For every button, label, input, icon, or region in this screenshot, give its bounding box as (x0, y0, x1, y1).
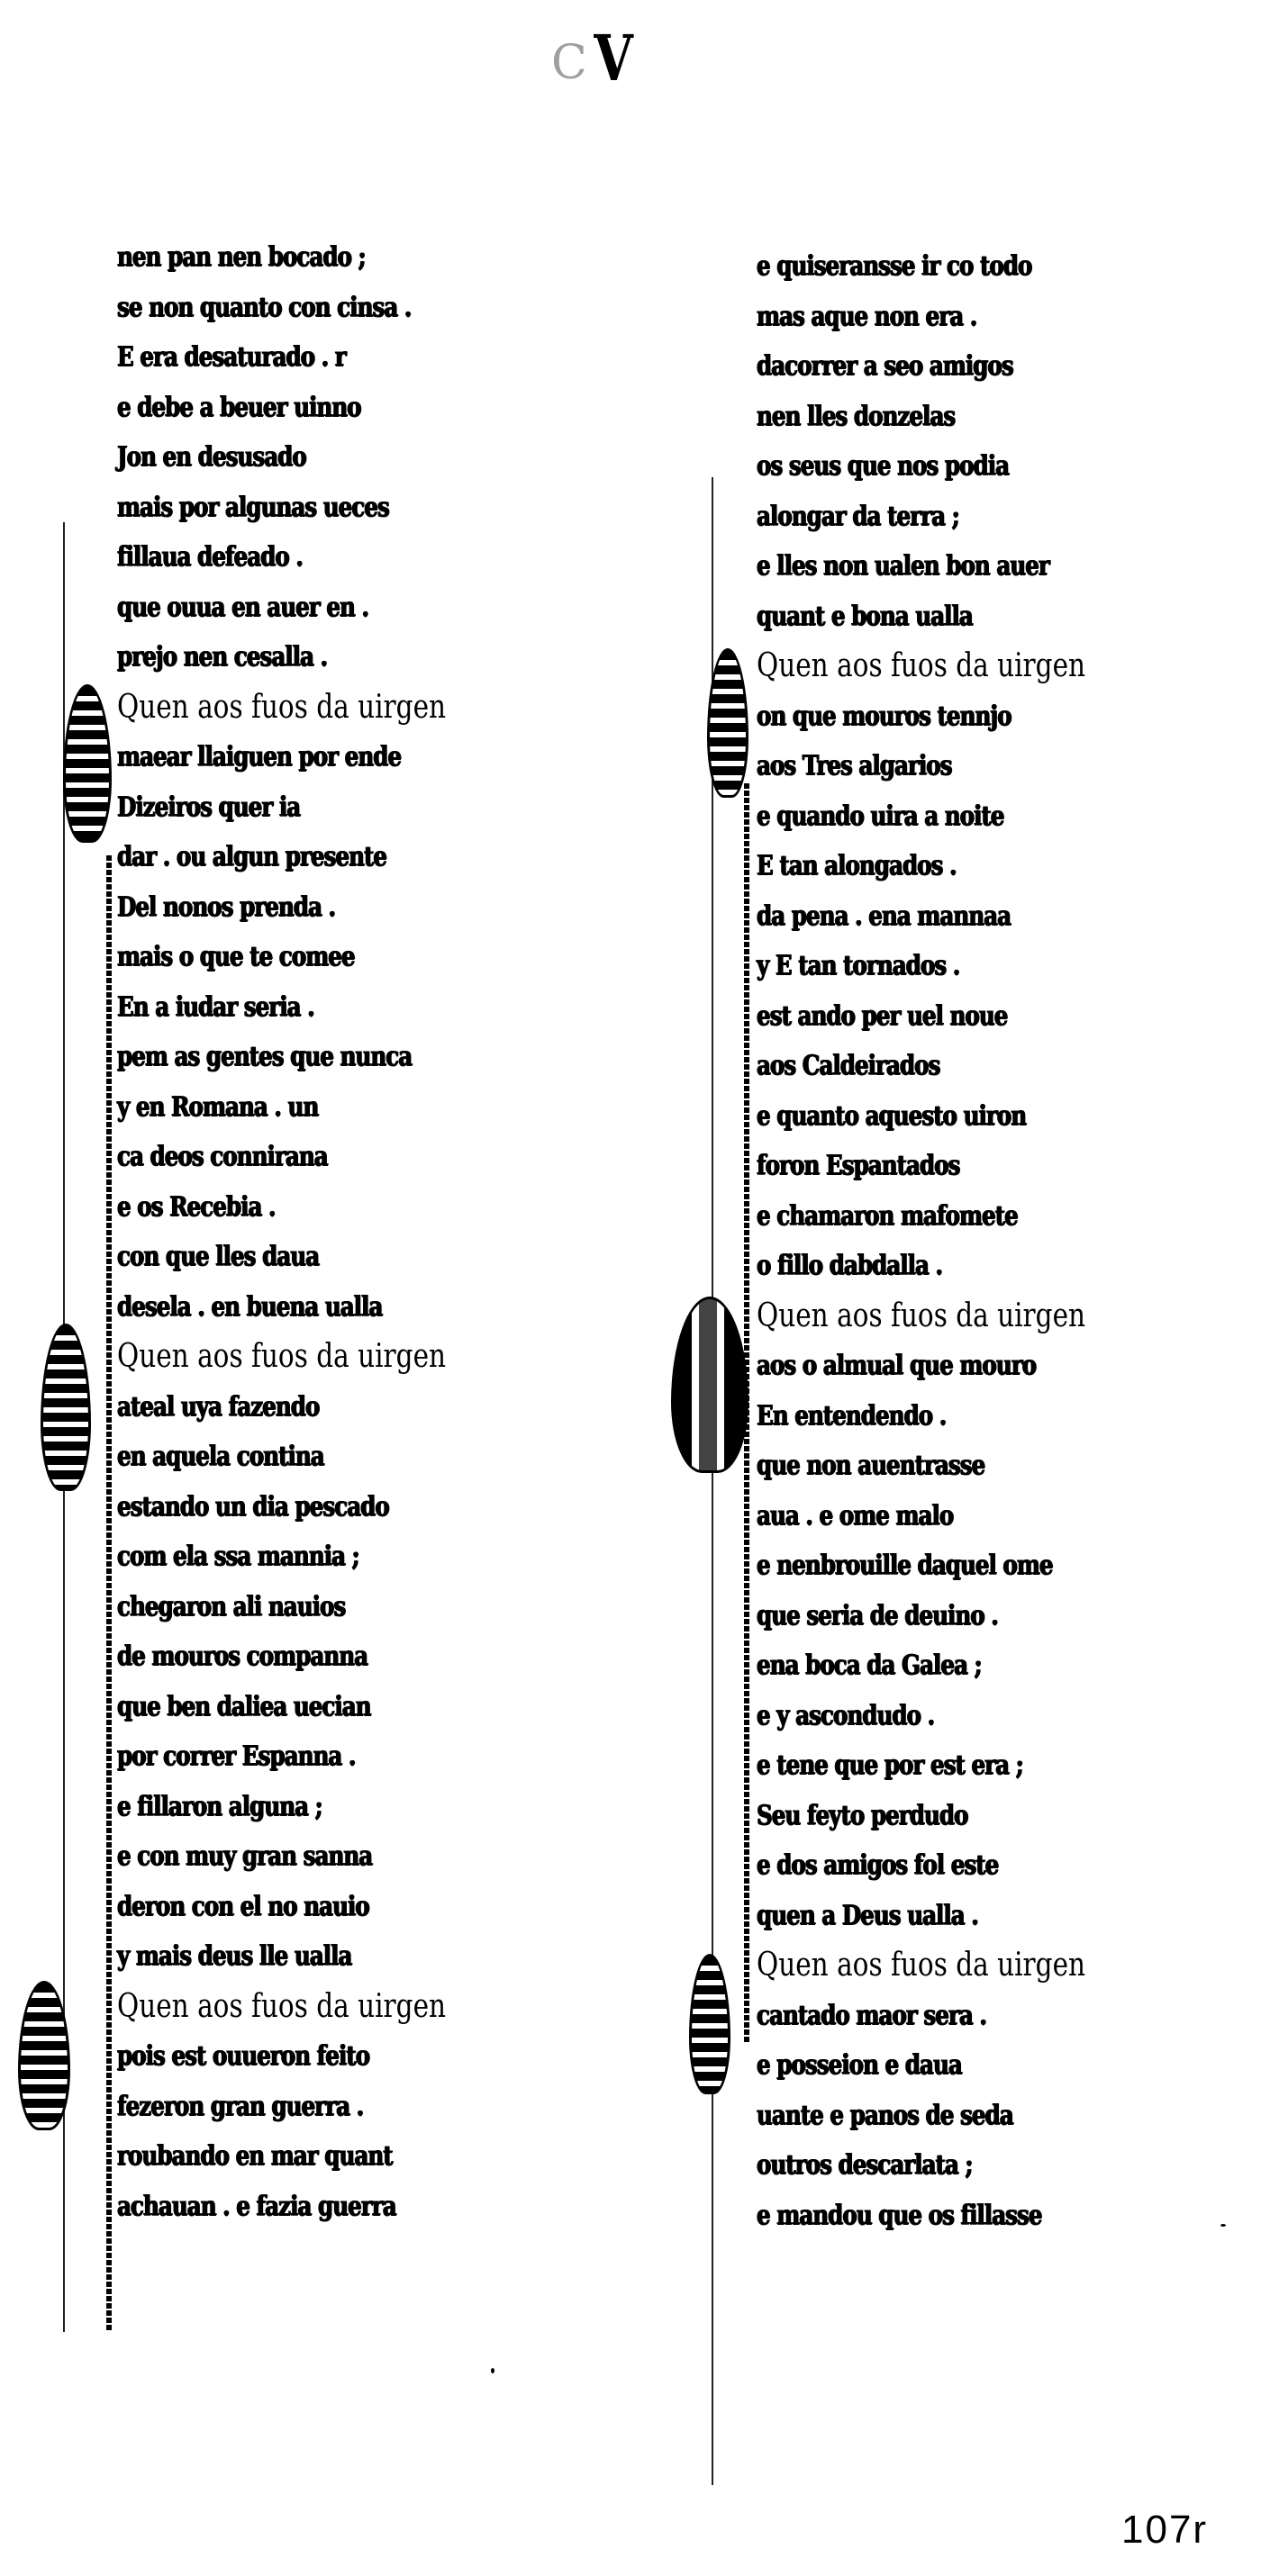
ink-speck (1220, 2224, 1226, 2227)
verse-line: e posseion e daua (757, 2040, 1082, 2091)
verse-line: e y ascondudo . (757, 1691, 1082, 1741)
folio-number: 107r (1121, 2508, 1208, 2553)
header-faded-text: C (551, 36, 585, 90)
verse-line: y mais deus lle ualla (117, 1931, 427, 1982)
verse-line: chegaron ali nauios (117, 1582, 427, 1632)
decorated-initial-q-4 (707, 648, 748, 798)
verse-line: prejo nen cesalla . (117, 632, 427, 682)
verse-line: quen a Deus ualla . (757, 1891, 1082, 1941)
verse-line: e quanto aquesto uiron (757, 1091, 1082, 1142)
verse-line: por correr Espanna . (117, 1731, 427, 1782)
verse-line: se non quanto con cinsa . (117, 283, 427, 333)
verse-line: o fillo dabdalla . (757, 1241, 1082, 1291)
verse-line: e dos amigos fol este (757, 1840, 1082, 1891)
verse-line: e tene que por est era ; (757, 1740, 1082, 1791)
verse-line: e quiseransse ir co todo (757, 241, 1082, 292)
verse-line: e nenbrouille daquel ome (757, 1541, 1082, 1591)
verse-line: E tan alongados . (757, 841, 1082, 891)
verse-line: Jon en desusado (117, 432, 427, 483)
verse-line: aos Tres algarios (757, 741, 1082, 791)
verse-line: desela . en buena ualla (117, 1282, 427, 1333)
decorated-initial-q-2 (41, 1324, 91, 1491)
verse-line: ateal uya fazendo (117, 1382, 427, 1433)
verse-line: que ouua en auer en . (117, 583, 427, 633)
verse-line: quant e bona ualla (757, 592, 1082, 642)
verse-line: on que mouros tennjo (757, 691, 1082, 742)
decorated-initial-q-6 (689, 1954, 730, 2094)
refrain-line: Quen aos fuos da uirgen (117, 682, 427, 733)
verse-line: foron Espantados (757, 1141, 1082, 1191)
verse-line: da pena . ena mannaa (757, 891, 1082, 942)
verse-line: E era desaturado . r (117, 332, 427, 383)
verse-line: uante e panos de seda (757, 2091, 1082, 2141)
verse-line: en aquela contina (117, 1432, 427, 1482)
verse-line: ena boca da Galea ; (757, 1641, 1082, 1691)
verse-line: alongar da terra ; (757, 492, 1082, 542)
verse-line: nen lles donzelas (757, 392, 1082, 442)
verse-line: e lles non ualen bon auer (757, 541, 1082, 592)
verse-line: os seus que nos podia (757, 441, 1082, 492)
verse-line: fezeron gran guerra . (117, 2082, 427, 2132)
verse-line: que non auentrasse (757, 1441, 1082, 1491)
decorated-initial-q-1 (63, 684, 112, 843)
verse-line: roubando en mar quant (117, 2131, 427, 2182)
verse-line: aua . e ome malo (757, 1491, 1082, 1541)
folio-header: C V (531, 27, 658, 90)
verse-line: fillaua defeado . (117, 532, 427, 583)
verse-line: maear llaiguen por ende (117, 732, 427, 782)
verse-line: cantado maor sera . (757, 1991, 1082, 2041)
verse-line: En a iudar seria . (117, 982, 427, 1033)
verse-line: con que lles daua (117, 1232, 427, 1282)
verse-line: dar . ou algun presente (117, 832, 427, 882)
verse-line: nen pan nen bocado ; (117, 232, 427, 283)
refrain-line: Quen aos fuos da uirgen (117, 1332, 427, 1382)
verse-line: de mouros companna (117, 1631, 427, 1682)
verse-line: mais por algunas ueces (117, 483, 427, 533)
verse-line: e chamaron mafomete (757, 1191, 1082, 1242)
verse-line: estando un dia pescado (117, 1482, 427, 1532)
refrain-line: Quen aos fuos da uirgen (757, 1291, 1082, 1342)
verse-line: e con muy gran sanna (117, 1831, 427, 1882)
verse-line: dacorrer a seo amigos (757, 341, 1082, 392)
refrain-line: Quen aos fuos da uirgen (757, 1940, 1082, 1991)
verse-line: achauan . e fazia guerra (117, 2182, 427, 2232)
verse-line: aos o almual que mouro (757, 1341, 1082, 1391)
verse-line: mas aque non era . (757, 292, 1082, 342)
verse-line: e fillaron alguna ; (117, 1782, 427, 1832)
verse-line: que ben daliea uecian (117, 1682, 427, 1732)
verse-line: Dizeiros quer ia (117, 782, 427, 833)
verse-line: pois est ouueron feito (117, 2031, 427, 2082)
verse-line: En entendendo . (757, 1391, 1082, 1442)
verse-line: y en Romana . un (117, 1082, 427, 1133)
refrain-line: Quen aos fuos da uirgen (117, 1982, 427, 2032)
verse-line: que seria de deuino . (757, 1591, 1082, 1641)
verse-line: Seu feyto perdudo (757, 1791, 1082, 1841)
verse-line: e debe a beuer uinno (117, 383, 427, 433)
verse-line: y E tan tornados . (757, 941, 1082, 991)
verse-line: com ela ssa mannia ; (117, 1532, 427, 1582)
verse-line: e os Recebia . (117, 1182, 427, 1233)
verse-line: pem as gentes que nunca (117, 1032, 427, 1082)
header-numeral: V (594, 27, 632, 90)
verse-line: e mandou que os fillasse (757, 2191, 1082, 2241)
verse-line: Del nonos prenda . (117, 882, 427, 933)
verse-line: est ando per uel noue (757, 991, 1082, 1042)
decorated-initial-q-5 (671, 1297, 748, 1473)
verse-line: e quando uira a noite (757, 791, 1082, 842)
left-margin-border (106, 855, 112, 2332)
verse-line: mais o que te comee (117, 932, 427, 982)
verse-line: ca deos connirana (117, 1132, 427, 1182)
text-column-left: nen pan nen bocado ;se non quanto con ci… (117, 232, 495, 2231)
refrain-line: Quen aos fuos da uirgen (757, 641, 1082, 691)
text-column-right: e quiseransse ir co todomas aque non era… (757, 241, 1153, 2240)
ink-speck (491, 2368, 494, 2373)
verse-line: deron con el no nauio (117, 1882, 427, 1932)
verse-line: outros descarlata ; (757, 2140, 1082, 2191)
verse-line: aos Caldeirados (757, 1041, 1082, 1091)
